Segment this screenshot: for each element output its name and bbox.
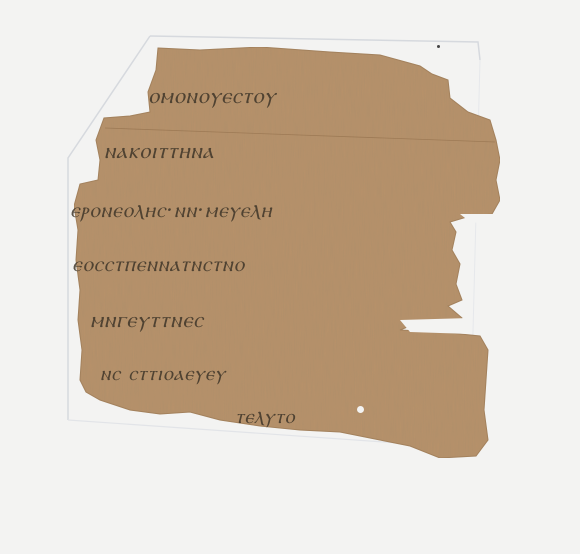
text-line-3: ⲉⲣⲟⲛⲉⲟⲗⲏⲥ·ⲛⲛ·ⲙⲉⲩⲉⲗⲏ [70, 198, 272, 223]
text-line-7: ⲧⲉⲗⲩⲧⲟ [235, 404, 295, 428]
worm-hole [357, 406, 364, 413]
speck [437, 45, 440, 48]
text-line-1: ⲟⲙⲟⲛⲟⲩⲉⲥⲧⲟⲩ [148, 84, 276, 109]
text-line-5: ⲙⲛⲅⲉⲩⲧⲧⲛⲉⲥ [90, 308, 204, 333]
text-line-6: ⲛⲥ ⲥⲧⲧⲓⲟⲁⲉⲩⲉⲩ [100, 361, 226, 385]
text-line-4: ⲉⲟⲥⲥⲧⲡⲉⲛⲛⲁⲧⲛⲥⲧⲛⲟ [72, 252, 245, 277]
papyrus-photo: ⲟⲙⲟⲛⲟⲩⲉⲥⲧⲟⲩ ⲛⲁⲕⲟⲓⲧⲧⲏⲛⲁ ⲉⲣⲟⲛⲉⲟⲗⲏⲥ·ⲛⲛ·ⲙⲉⲩⲉ… [0, 0, 580, 554]
papyrus-fragment [0, 0, 580, 554]
text-line-2: ⲛⲁⲕⲟⲓⲧⲧⲏⲛⲁ [104, 139, 215, 164]
